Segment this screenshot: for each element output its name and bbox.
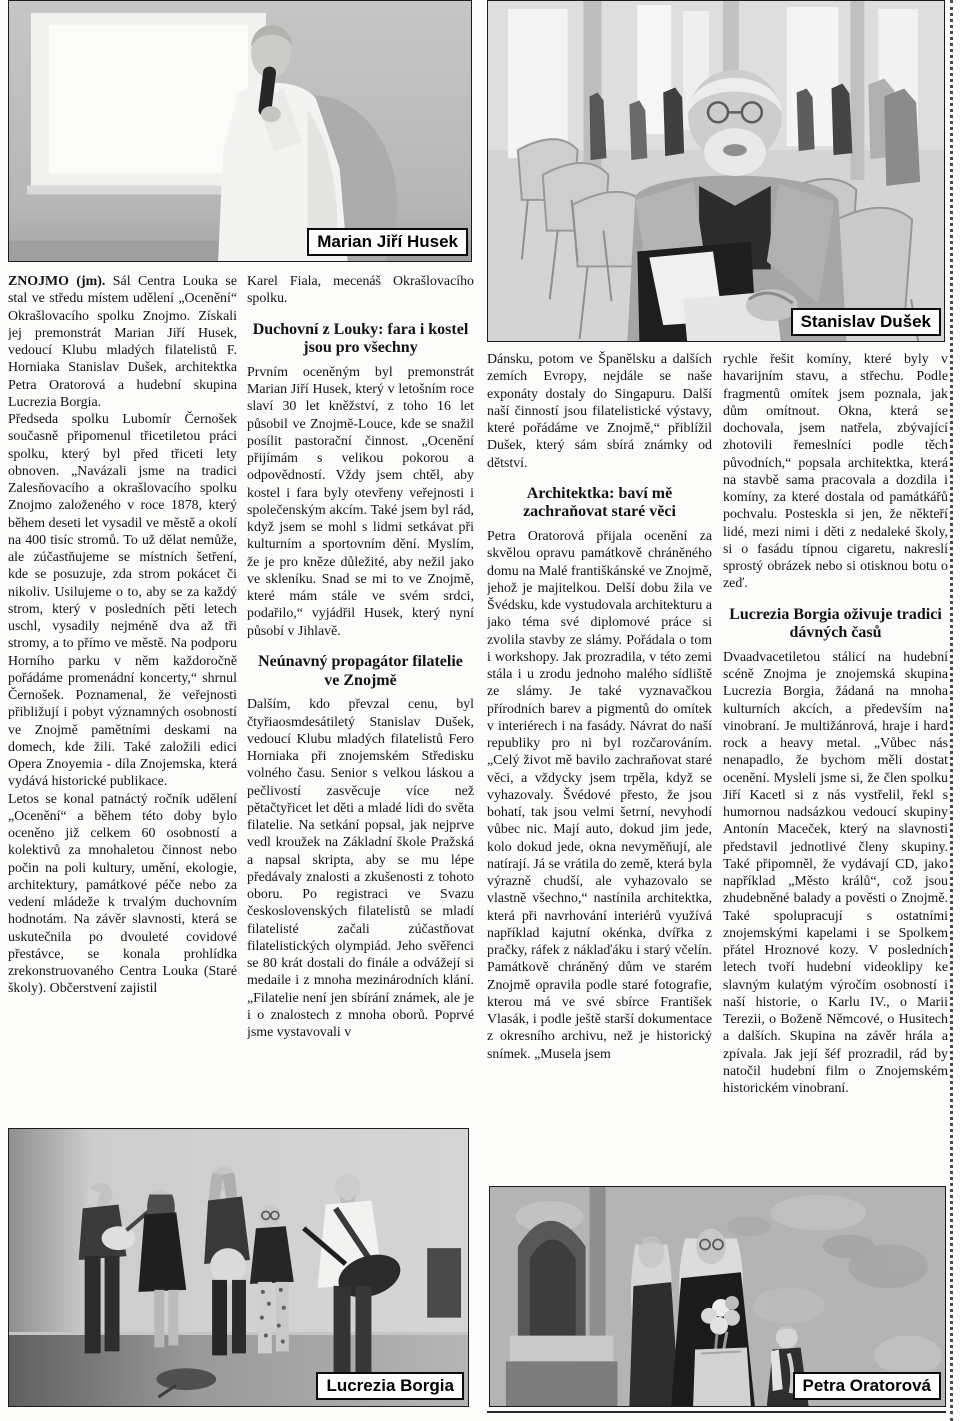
borgia-photo-illustration: [9, 1129, 468, 1406]
paragraph: Dalším, kdo převzal cenu, byl čtyřiaosmd…: [247, 696, 474, 1041]
paragraph-continuation: rychle řešit komíny, které byly v havari…: [723, 351, 948, 593]
paragraph: Petra Oratorová přijala ocenění za skvěl…: [487, 528, 712, 1063]
paragraph-continuation: Karel Fiala, mecenáš Okrašlovacího spolk…: [247, 273, 474, 308]
lead-text: Sál Centra Louka se stal ve středu míste…: [8, 274, 237, 410]
paragraph: Letos se konal patnáctý ročník udělení „…: [8, 791, 237, 998]
dusek-photo-illustration: [488, 1, 944, 341]
photo-stanislav-dusek: Stanislav Dušek: [487, 0, 945, 342]
paragraph: Dvaadvacetiletou stálicí na hudební scén…: [723, 649, 948, 1098]
article-column-4: rychle řešit komíny, které byly v havari…: [723, 351, 948, 1169]
paragraph-continuation: Dánsku, potom ve Španělsku a dalších zem…: [487, 351, 712, 472]
photo-caption-borgia: Lucrezia Borgia: [316, 1372, 464, 1400]
article-column-2: Karel Fiala, mecenáš Okrašlovacího spolk…: [247, 273, 474, 1125]
section-heading-architektka: Architektka: baví mě zachraňovat staré v…: [491, 485, 708, 522]
lead-paragraph: ZNOJMO (jm). Sál Centra Louka se stal ve…: [8, 273, 237, 411]
photo-marian-jiri-husek: Marian Jiří Husek: [8, 0, 472, 262]
newspaper-page: Marian Jiří Husek: [0, 0, 960, 1421]
photo-caption-husek: Marian Jiří Husek: [307, 228, 468, 256]
bottom-section-rule: [487, 1411, 946, 1413]
article-column-3: Dánsku, potom ve Španělsku a dalších zem…: [487, 351, 712, 1163]
photo-caption-oratorova: Petra Oratorová: [793, 1372, 942, 1400]
section-heading-duchovni-z-louky: Duchovní z Louky: fara i kostel jsou pro…: [251, 321, 470, 358]
husek-photo-illustration: [9, 1, 471, 261]
photo-lucrezia-borgia-band: Lucrezia Borgia: [8, 1128, 469, 1407]
dateline: ZNOJMO (jm).: [8, 274, 105, 289]
article-column-1: ZNOJMO (jm). Sál Centra Louka se stal ve…: [8, 273, 237, 1125]
photo-petra-oratorova: Petra Oratorová: [489, 1186, 946, 1407]
section-heading-lucrezia-borgia: Lucrezia Borgia oživuje tradici dávných …: [727, 606, 944, 643]
paragraph: Předseda spolku Lubomír Černošek současn…: [8, 411, 237, 791]
column-divider-dotted-line: [950, 0, 953, 1421]
photo-caption-dusek: Stanislav Dušek: [791, 308, 941, 336]
section-heading-propagator-filatelie: Neúnavný propagátor filatelie ve Znojmě: [251, 653, 470, 690]
paragraph: Prvním oceněným byl premonstrát Marian J…: [247, 364, 474, 640]
